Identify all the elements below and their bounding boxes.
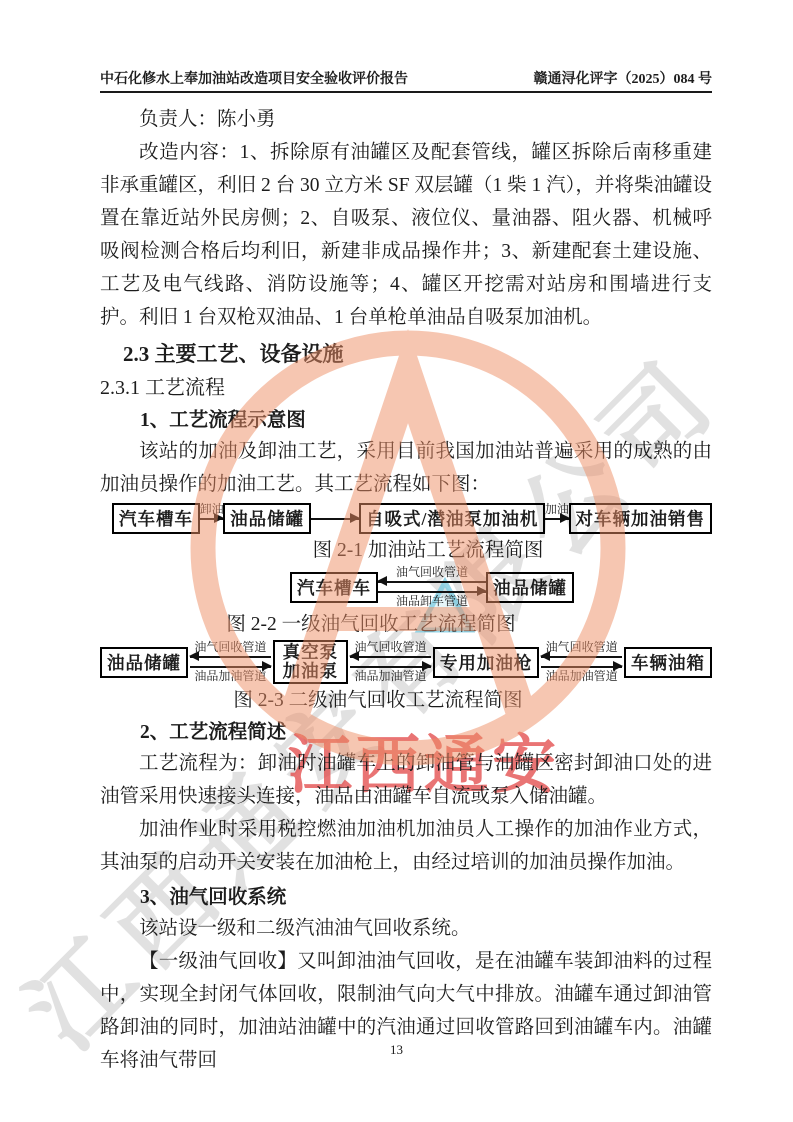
pipe-label-vapor-recovery: 油气回收管道 bbox=[350, 641, 431, 654]
flow-box-vacuum-and-fuel-pump: 真空泵 加油泵 bbox=[273, 640, 349, 684]
right-arrow-icon: 加油 bbox=[545, 518, 568, 520]
pipe-label-oil-filling: 油品加油管道 bbox=[350, 670, 431, 683]
right-arrow-icon: 卸油 bbox=[200, 518, 223, 520]
page-number: 13 bbox=[0, 1042, 793, 1058]
right-arrow-icon bbox=[541, 666, 622, 668]
left-arrow-icon bbox=[541, 656, 622, 658]
flow-box-oil-storage-tank: 油品储罐 bbox=[486, 572, 574, 603]
figure-2-3-caption: 图 2-3 二级油气回收工艺流程简图 bbox=[100, 687, 656, 714]
heading-subsection-2-3-1: 2.3.1 工艺流程 bbox=[100, 374, 712, 402]
flow-box-vehicle-sales: 对车辆加油销售 bbox=[569, 503, 713, 534]
paragraph-renovation-content: 改造内容：1、拆除原有油罐区及配套管线，罐区拆除后南移重建非承重罐区，利旧 2 … bbox=[100, 136, 712, 334]
pipe-label-vapor-recovery: 油气回收管道 bbox=[190, 641, 271, 654]
heading-section-2-3: 2.3 主要工艺、设备设施 bbox=[123, 339, 712, 369]
document-number: 赣通浔化评字（2025）084 号 bbox=[534, 68, 713, 88]
arrow-label-refuel: 加油 bbox=[545, 503, 569, 515]
figure-2-3-flowchart: 油品储罐 油气回收管道 油品加油管道 真空泵 加油泵 油气回收管道 油品加油管道 bbox=[100, 640, 712, 714]
figure-2-2-flowchart: 汽车槽车 油气回收管道 油品卸车管道 油品储罐 图 2-2 一级油气回收工艺流程… bbox=[100, 566, 712, 638]
heading-item-1-flow-diagram: 1、工艺流程示意图 bbox=[140, 407, 712, 435]
flow-box-tank-truck: 汽车槽车 bbox=[290, 572, 378, 603]
pipe-label-oil-unloading: 油品卸车管道 bbox=[378, 595, 486, 608]
paragraph-vapor-system: 该站设一级和二级汽油油气回收系统。 bbox=[100, 912, 712, 945]
flow-box-oil-storage-tank: 油品储罐 bbox=[100, 647, 188, 678]
left-arrow-icon bbox=[350, 656, 431, 658]
flow-box-tank-truck: 汽车槽车 bbox=[112, 503, 200, 534]
heading-item-2-process-description: 2、工艺流程简述 bbox=[140, 719, 712, 747]
paragraph-process-intro: 该站的加油及卸油工艺，采用目前我国加油站普遍采用的成熟的由加油员操作的加油工艺。… bbox=[100, 435, 712, 501]
arrow-label-unload: 卸油 bbox=[200, 503, 224, 515]
right-arrow-icon bbox=[350, 666, 431, 668]
document-page: 江西通安有限公司 江西通安 中石化修水上奉加油站改造项目安全验收评价报告 赣通浔… bbox=[0, 0, 793, 1122]
pump-box-line-1: 真空泵 bbox=[283, 643, 339, 662]
paragraph-refueling-operation: 加油作业时采用税控燃油加油机加油员人工操作的加油作业方式，其油泵的启动开关安装在… bbox=[100, 813, 712, 879]
page-content: 中石化修水上奉加油站改造项目安全验收评价报告 赣通浔化评字（2025）084 号… bbox=[100, 64, 712, 1077]
flow-box-dedicated-nozzle: 专用加油枪 bbox=[433, 647, 540, 678]
pipe-label-oil-filling: 油品加油管道 bbox=[190, 670, 271, 683]
pump-box-line-2: 加油泵 bbox=[283, 662, 339, 681]
flow-box-vehicle-fuel-tank: 车辆油箱 bbox=[624, 647, 712, 678]
flow-box-oil-storage-tank: 油品储罐 bbox=[223, 503, 311, 534]
heading-item-3-vapor-recovery: 3、油气回收系统 bbox=[140, 884, 712, 912]
header-rule bbox=[100, 91, 712, 93]
right-arrow-icon bbox=[378, 591, 486, 593]
figure-2-2-caption: 图 2-2 一级油气回收工艺流程简图 bbox=[100, 611, 642, 638]
page-header: 中石化修水上奉加油站改造项目安全验收评价报告 赣通浔化评字（2025）084 号 bbox=[100, 64, 712, 88]
paragraph-leader: 负责人：陈小勇 bbox=[100, 103, 712, 136]
report-title: 中石化修水上奉加油站改造项目安全验收评价报告 bbox=[100, 68, 408, 88]
pipe-label-oil-filling: 油品加油管道 bbox=[541, 670, 622, 683]
pipe-label-vapor-recovery: 油气回收管道 bbox=[541, 641, 622, 654]
left-arrow-icon bbox=[378, 581, 486, 583]
figure-2-1-caption: 图 2-1 加油站工艺流程简图 bbox=[144, 537, 712, 564]
right-arrow-icon bbox=[311, 518, 359, 520]
flow-box-dispenser-pump: 自吸式/潜油泵加油机 bbox=[359, 503, 545, 534]
right-arrow-icon bbox=[190, 666, 271, 668]
figure-2-1-flowchart: 汽车槽车 卸油 油品储罐 自吸式/潜油泵加油机 加油 对车辆加油销售 图 2-1… bbox=[100, 503, 712, 564]
left-arrow-icon bbox=[190, 656, 271, 658]
paragraph-unloading-process: 工艺流程为：卸油时油罐车上的卸油管与油罐区密封卸油口处的进油管采用快速接头连接，… bbox=[100, 747, 712, 813]
pipe-label-vapor-recovery: 油气回收管道 bbox=[378, 566, 486, 579]
